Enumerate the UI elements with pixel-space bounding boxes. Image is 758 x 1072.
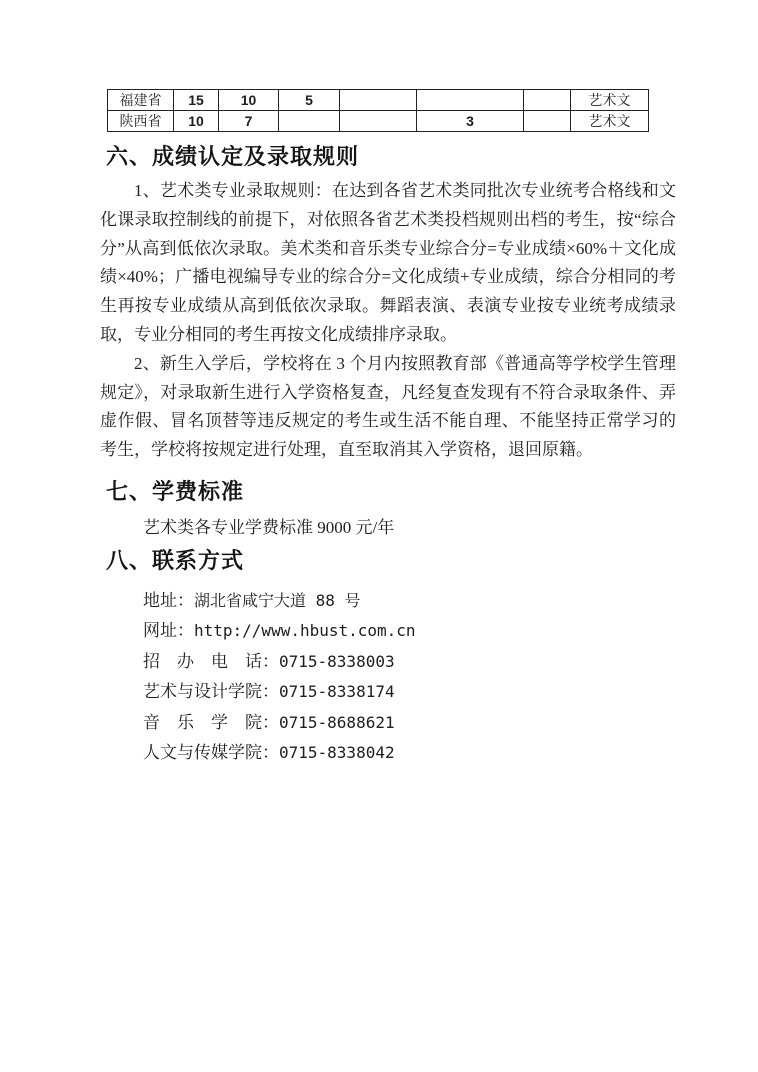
contact-value: 0715-8338003 <box>279 652 395 671</box>
cell-value <box>524 111 571 132</box>
contact-address: 地址：湖北省咸宁大道 88 号 <box>143 586 416 616</box>
cell-value: 10 <box>219 90 279 111</box>
section-heading-rules: 六、成绩认定及录取规则 <box>106 140 359 171</box>
contact-website: 网址：http://www.hbust.com.cn <box>143 616 416 646</box>
contact-label: 音 乐 学 院： <box>143 713 279 732</box>
contact-humanities-media-school-phone: 人文与传媒学院：0715-8338042 <box>143 738 416 768</box>
cell-value <box>279 111 340 132</box>
contact-music-school-phone: 音 乐 学 院：0715-8688621 <box>143 708 416 738</box>
paragraph-enrollment-check: 2、新生入学后，学校将在 3 个月内按照教育部《普通高等学校学生管理规定》，对录… <box>100 350 676 465</box>
cell-value: 3 <box>417 111 524 132</box>
cell-province: 福建省 <box>108 90 174 111</box>
admission-plan-table: 福建省 15 10 5 艺术文 陕西省 10 7 3 艺术文 <box>107 89 649 132</box>
contact-block: 地址：湖北省咸宁大道 88 号 网址：http://www.hbust.com.… <box>143 586 416 768</box>
contact-value: 0715-8338042 <box>279 743 395 762</box>
cell-value <box>417 90 524 111</box>
section-heading-contact: 八、联系方式 <box>106 544 244 575</box>
contact-value: 0715-8338174 <box>279 682 395 701</box>
table-row-shaanxi: 陕西省 10 7 3 艺术文 <box>108 111 649 132</box>
contact-art-design-school-phone: 艺术与设计学院：0715-8338174 <box>143 677 416 707</box>
contact-value: http://www.hbust.com.cn <box>194 621 416 640</box>
contact-label: 网址： <box>143 621 194 640</box>
cell-value <box>340 90 417 111</box>
contact-admissions-phone: 招 办 电 话：0715-8338003 <box>143 647 416 677</box>
table-row-fujian: 福建省 15 10 5 艺术文 <box>108 90 649 111</box>
cell-value: 10 <box>174 111 219 132</box>
section-heading-tuition: 七、学费标准 <box>106 475 244 506</box>
contact-label: 人文与传媒学院： <box>143 743 279 762</box>
cell-category: 艺术文 <box>571 90 649 111</box>
contact-label: 地址： <box>143 591 194 610</box>
cell-value <box>340 111 417 132</box>
contact-value: 湖北省咸宁大道 88 号 <box>194 591 361 610</box>
cell-value <box>524 90 571 111</box>
contact-label: 招 办 电 话： <box>143 652 279 671</box>
contact-value: 0715-8688621 <box>279 713 395 732</box>
cell-province: 陕西省 <box>108 111 174 132</box>
document-page: 福建省 15 10 5 艺术文 陕西省 10 7 3 艺术文 六、成绩认定及录取… <box>0 0 758 1072</box>
tuition-note: 艺术类各专业学费标准 9000 元/年 <box>143 513 394 538</box>
contact-label: 艺术与设计学院： <box>143 682 279 701</box>
cell-category: 艺术文 <box>571 111 649 132</box>
cell-value: 15 <box>174 90 219 111</box>
rules-text-block: 1、艺术类专业录取规则：在达到各省艺术类同批次专业统考合格线和文化课录取控制线的… <box>100 177 676 465</box>
cell-value: 5 <box>279 90 340 111</box>
paragraph-admission-rule: 1、艺术类专业录取规则：在达到各省艺术类同批次专业统考合格线和文化课录取控制线的… <box>100 177 676 350</box>
cell-value: 7 <box>219 111 279 132</box>
